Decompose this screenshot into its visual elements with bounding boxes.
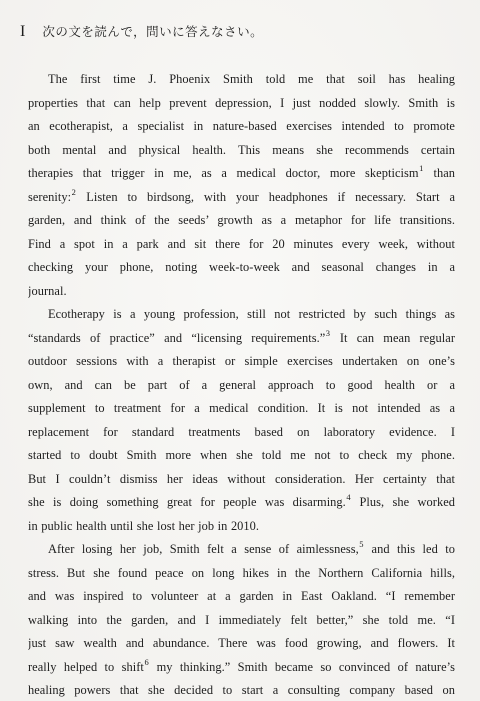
passage-line: in public health until she lost her job …: [28, 515, 455, 539]
passage-line: an ecotherapist, a specialist in nature-…: [28, 115, 455, 139]
passage-line: After losing her job, Smith felt a sense…: [28, 538, 455, 562]
footnote-marker: 4: [346, 492, 350, 502]
footnote-marker: 2: [72, 187, 76, 197]
passage-line: started to doubt Smith more when she tol…: [28, 444, 455, 468]
passage-line: replacement for standard treatments base…: [28, 421, 455, 445]
passage-line: just saw wealth and abundance. There was…: [28, 632, 455, 656]
passage-line: she is doing something great for people …: [28, 491, 455, 515]
passage-line: serenity:2 Listen to birdsong, with your…: [28, 186, 455, 210]
section-header: I 次の文を読んで，問いに答えなさい。: [20, 22, 455, 41]
passage-line: checking your phone, noting week-to-week…: [28, 256, 455, 280]
passage-line: therapies that trigger in me, as a medic…: [28, 162, 455, 186]
passage-line: properties that can help prevent depress…: [28, 92, 455, 116]
footnote-marker: 5: [359, 539, 363, 549]
passage-line: But I couldn’t dismiss her ideas without…: [28, 468, 455, 492]
footnote-marker: 6: [144, 657, 148, 667]
passage-line: healing powers that she decided to start…: [28, 679, 455, 701]
section-instruction: 次の文を読んで，問いに答えなさい。: [42, 22, 263, 40]
passage-line: own, and can be part of a general approa…: [28, 374, 455, 398]
section-numeral: I: [20, 23, 25, 41]
passage-line: both mental and physical health. This me…: [28, 139, 455, 163]
passage-line: journal.: [28, 280, 455, 304]
passage-line: Ecotherapy is a young profession, still …: [28, 303, 455, 327]
paragraph: After losing her job, Smith felt a sense…: [28, 538, 455, 701]
footnote-marker: 3: [326, 328, 330, 338]
passage-line: walking into the garden, and I immediate…: [28, 609, 455, 633]
passage-line: garden, and think of the seeds’ growth a…: [28, 209, 455, 233]
passage: The first time J. Phoenix Smith told me …: [28, 68, 455, 701]
passage-line: really helped to shift6 my thinking.” Sm…: [28, 656, 455, 680]
paragraph: Ecotherapy is a young profession, still …: [28, 303, 455, 538]
footnote-marker: 1: [419, 163, 423, 173]
passage-line: “standards of practice” and “licensing r…: [28, 327, 455, 351]
passage-line: stress. But she found peace on long hike…: [28, 562, 455, 586]
passage-line: outdoor sessions with a therapist or sim…: [28, 350, 455, 374]
passage-line: The first time J. Phoenix Smith told me …: [28, 68, 455, 92]
paragraph: The first time J. Phoenix Smith told me …: [28, 68, 455, 303]
scanned-exam-page: I 次の文を読んで，問いに答えなさい。 The first time J. Ph…: [0, 0, 480, 701]
passage-line: Find a spot in a park and sit there for …: [28, 233, 455, 257]
passage-line: and was inspired to volunteer at a garde…: [28, 585, 455, 609]
passage-line: supplement to treatment for a medical co…: [28, 397, 455, 421]
